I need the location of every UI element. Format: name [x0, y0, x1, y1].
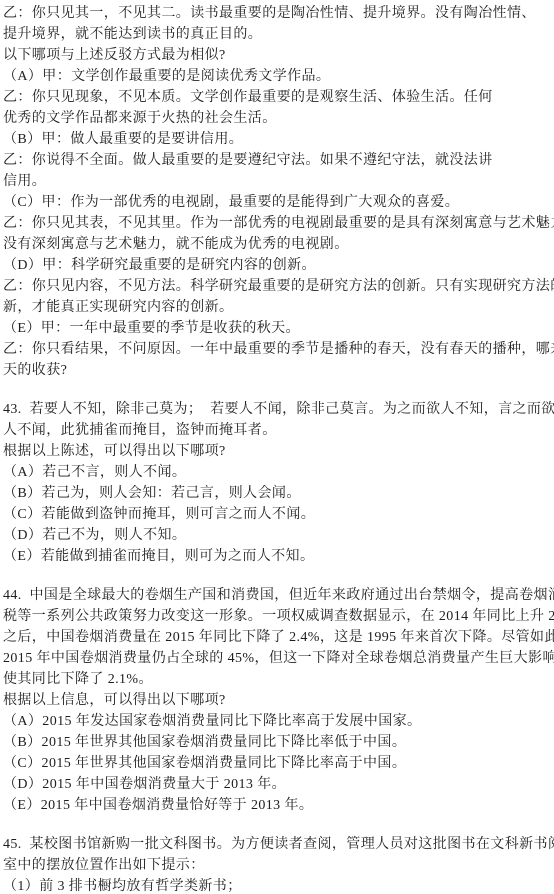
- option-a-line: 乙：你只见现象，不见本质。文学创作最重要的是观察生活、体验生活。任何: [3, 87, 554, 108]
- question-text-line: 人不闻，此犹捕雀而掩目，盗钟而掩耳者。: [3, 420, 554, 441]
- option-d-line: （D）若己不为，则人不知。: [3, 525, 554, 546]
- option-e-line: （E）若能做到捕雀而掩目，则可为之而人不知。: [3, 546, 554, 567]
- option-e-line: 天的收获?: [3, 360, 554, 381]
- option-c-line: 乙：你只见其表，不见其里。作为一部优秀的电视剧最重要的是具有深刻寓意与艺术魅力。: [3, 213, 554, 234]
- option-a-line: 优秀的文学作品都来源于火热的社会生活。: [3, 108, 554, 129]
- option-c-line: （C）2015 年世界其他国家卷烟消费量同比下降比率高于中国。: [3, 753, 554, 774]
- question-stem: 根据以上信息，可以得出以下哪项?: [3, 690, 554, 711]
- question-text-line: 2015 年中国卷烟消费量仍占全球的 45%，但这一下降对全球卷烟总消费量产生巨…: [3, 648, 554, 669]
- option-d-line: 乙：你只见内容，不见方法。科学研究最重要的是研究方法的创新。只有实现研究方法的创: [3, 276, 554, 297]
- exam-page: 乙：你只见其一，不见其二。读书最重要的是陶冶性情、提升境界。没有陶冶性情、 提升…: [0, 0, 554, 894]
- question-text-line: 之后，中国卷烟消费量在 2015 年同比下降了 2.4%，这是 1995 年来首…: [3, 627, 554, 648]
- option-b-line: （B）甲：做人最重要的是要讲信用。: [3, 129, 554, 150]
- option-d-line: （D）2015 年中国卷烟消费量大于 2013 年。: [3, 774, 554, 795]
- option-d-line: 新，才能真正实现研究内容的创新。: [3, 297, 554, 318]
- question-text-line: 室中的摆放位置作出如下提示：: [3, 855, 554, 876]
- question-42-block: 乙：你只见其一，不见其二。读书最重要的是陶冶性情、提升境界。没有陶冶性情、 提升…: [3, 3, 554, 381]
- option-c-line: 没有深刻寓意与艺术魅力，就不能成为优秀的电视剧。: [3, 234, 554, 255]
- question-stem: 根据以上陈述，可以得出以下哪项?: [3, 441, 554, 462]
- question-stem: 以下哪项与上述反驳方式最为相似?: [3, 45, 554, 66]
- question-43-block: 43. 若要人不知，除非己莫为； 若要人不闻，除非己莫言。为之而欲人不知，言之而…: [3, 399, 554, 567]
- question-text-line: 45. 某校图书馆新购一批文科图书。为方便读者查阅，管理人员对这批图书在文科新书…: [3, 834, 554, 855]
- option-b-line: （B）若己为，则人会知：若己言，则人会闻。: [3, 483, 554, 504]
- option-d-line: （D）甲：科学研究最重要的是研究内容的创新。: [3, 255, 554, 276]
- question-text-line: 43. 若要人不知，除非己莫为； 若要人不闻，除非己莫言。为之而欲人不知，言之而…: [3, 399, 554, 420]
- question-45-block: 45. 某校图书馆新购一批文科图书。为方便读者查阅，管理人员对这批图书在文科新书…: [3, 834, 554, 894]
- option-b-line: （B）2015 年世界其他国家卷烟消费量同比下降比率低于中国。: [3, 732, 554, 753]
- question-text-line: 使其同比下降了 2.1%。: [3, 669, 554, 690]
- hint-1-line: （1）前 3 排书橱均放有哲学类新书；: [3, 876, 554, 894]
- question-text-line: 44. 中国是全球最大的卷烟生产国和消费国，但近年来政府通过出台禁烟令，提高卷烟…: [3, 585, 554, 606]
- question-44-block: 44. 中国是全球最大的卷烟生产国和消费国，但近年来政府通过出台禁烟令，提高卷烟…: [3, 585, 554, 816]
- option-b-line: 乙：你说得不全面。做人最重要的是要遵纪守法。如果不遵纪守法，就没法讲: [3, 150, 554, 171]
- question-text-line: 税等一系列公共政策努力改变这一形象。一项权威调查数据显示，在 2014 年同比上…: [3, 606, 554, 627]
- option-b-line: 信用。: [3, 171, 554, 192]
- option-a-line: （A）甲：文学创作最重要的是阅读优秀文学作品。: [3, 66, 554, 87]
- dialog-line: 提升境界，就不能达到读书的真正目的。: [3, 24, 554, 45]
- option-c-line: （C）甲：作为一部优秀的电视剧，最重要的是能得到广大观众的喜爱。: [3, 192, 554, 213]
- option-e-line: （E）2015 年中国卷烟消费量恰好等于 2013 年。: [3, 795, 554, 816]
- option-a-line: （A）若己不言，则人不闻。: [3, 462, 554, 483]
- option-e-line: 乙：你只看结果，不问原因。一年中最重要的季节是播种的春天，没有春天的播种，哪来秋: [3, 339, 554, 360]
- dialog-line: 乙：你只见其一，不见其二。读书最重要的是陶冶性情、提升境界。没有陶冶性情、: [3, 3, 554, 24]
- option-c-line: （C）若能做到盗钟而掩耳，则可言之而人不闻。: [3, 504, 554, 525]
- option-a-line: （A）2015 年发达国家卷烟消费量同比下降比率高于发展中国家。: [3, 711, 554, 732]
- option-e-line: （E）甲：一年中最重要的季节是收获的秋天。: [3, 318, 554, 339]
